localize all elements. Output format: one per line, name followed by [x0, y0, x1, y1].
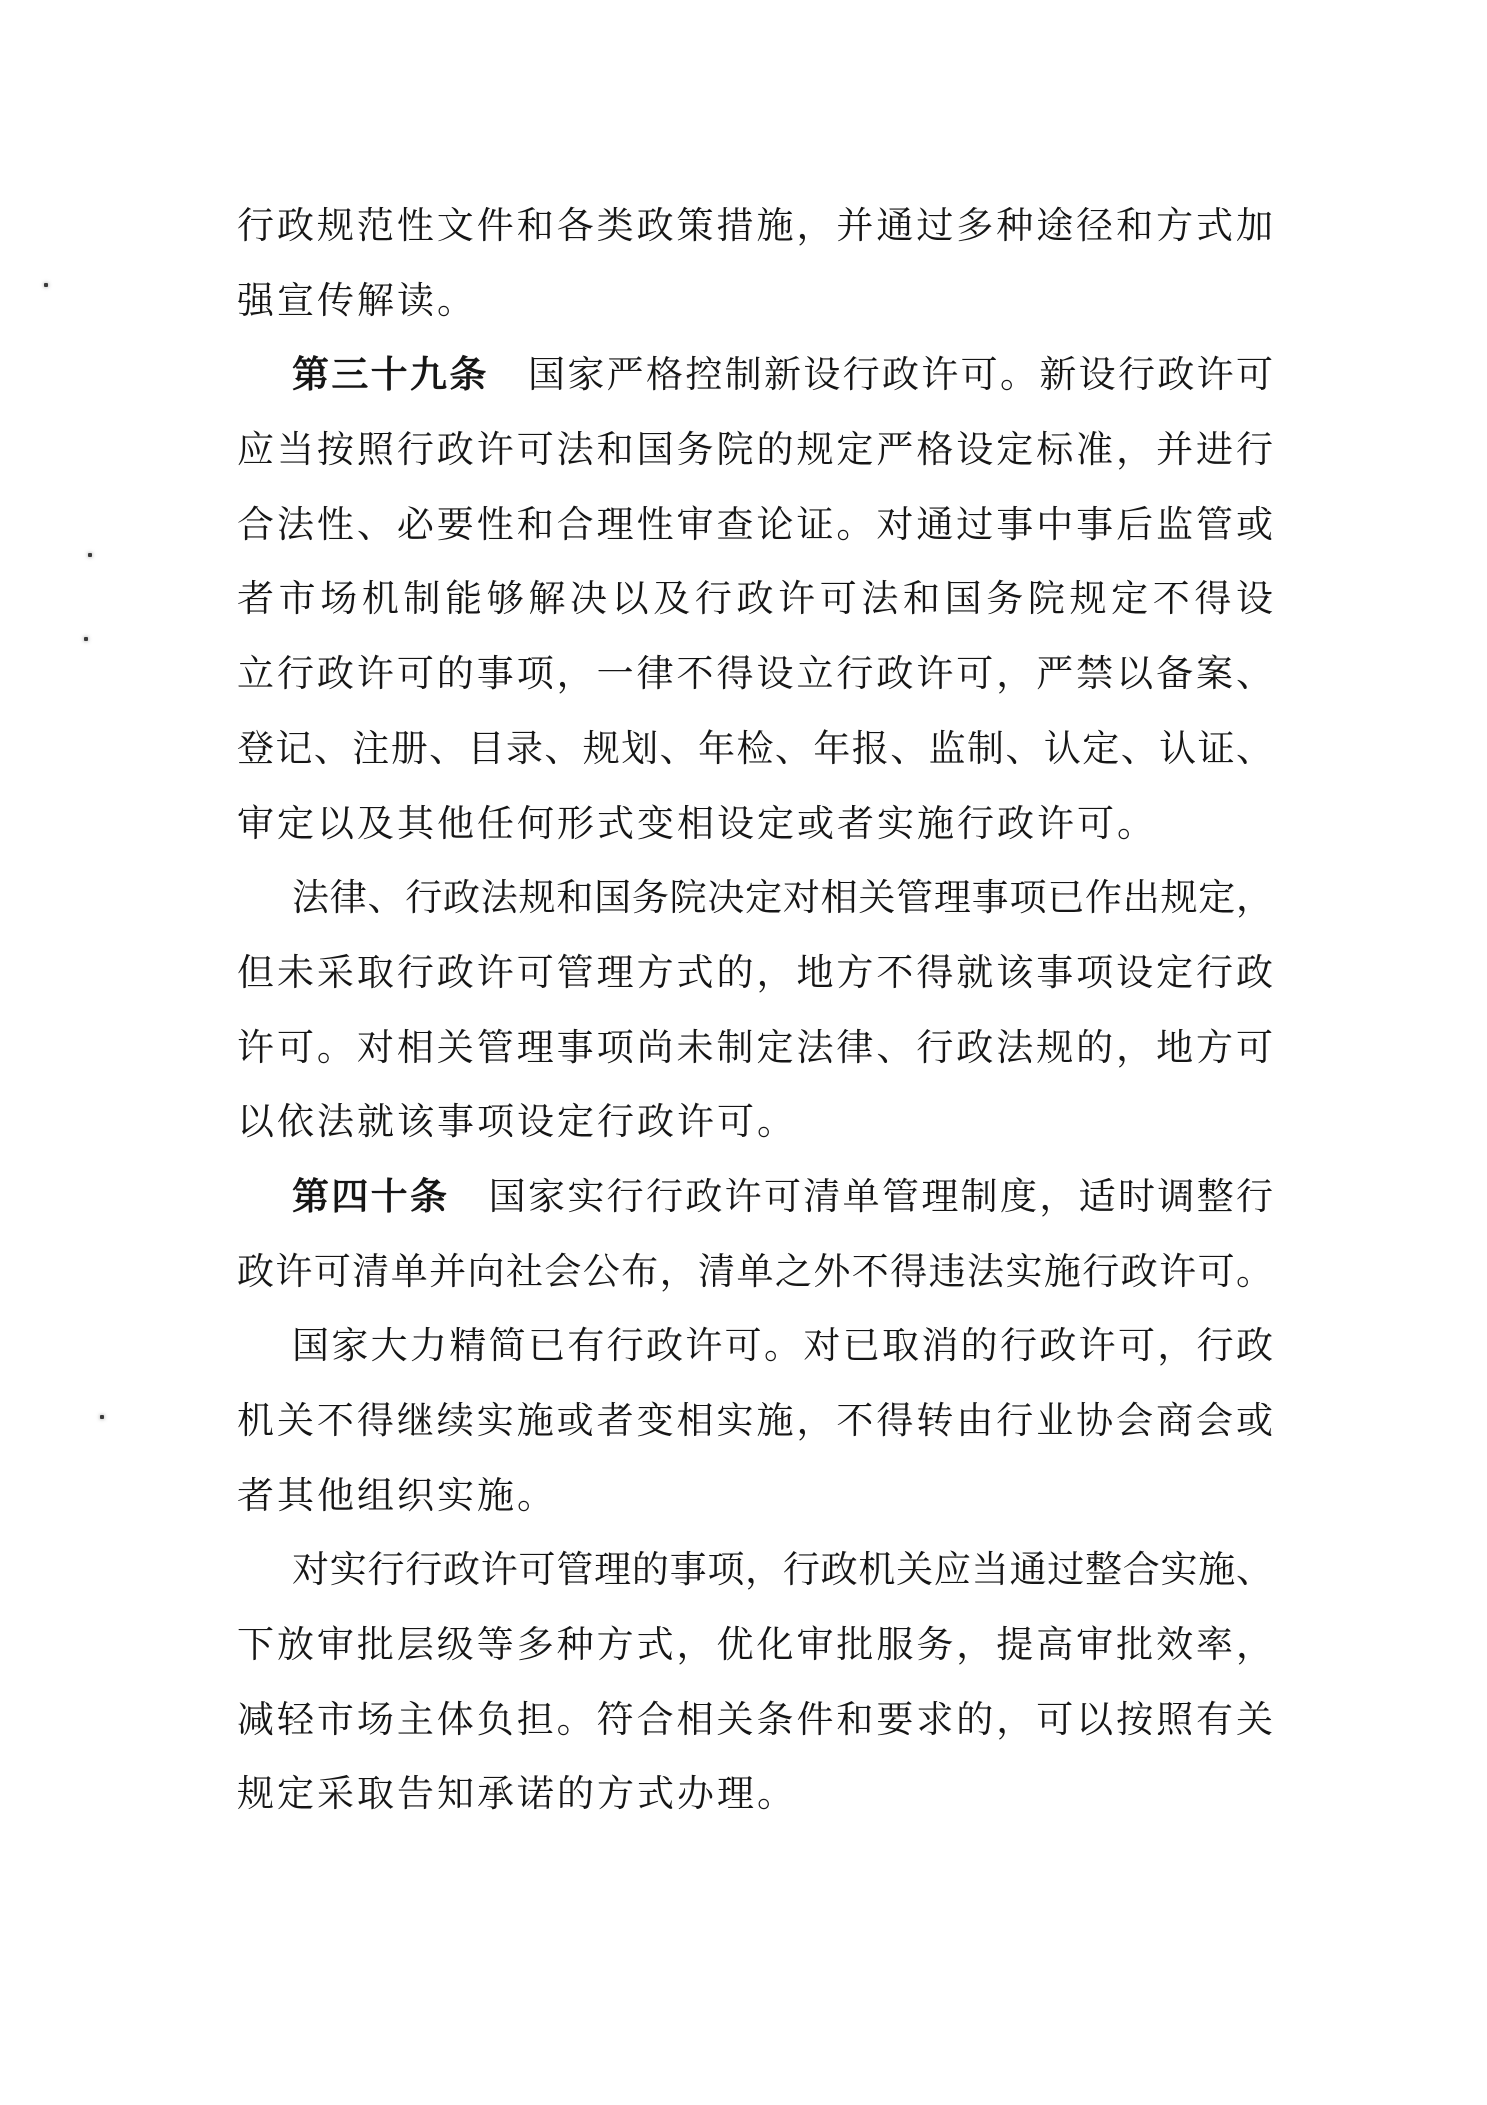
text-line: 许可。对相关管理事项尚未制定法律、行政法规的，地方可 [237, 1012, 1273, 1087]
text-line: 但未采取行政许可管理方式的，地方不得就该事项设定行政 [237, 937, 1273, 1012]
article-number: 第三十九条 [292, 355, 489, 396]
text-line: 应当按照行政许可法和国务院的规定严格设定标准，并进行 [237, 414, 1273, 489]
text-line: 者其他组织实施。 [237, 1460, 1273, 1535]
scan-speck [100, 1415, 104, 1419]
text-line: 对实行行政许可管理的事项，行政机关应当通过整合实施、 [237, 1534, 1273, 1609]
text-line: 行政规范性文件和各类政策措施，并通过多种途径和方式加 [237, 190, 1273, 265]
text-line: 立行政许可的事项，一律不得设立行政许可，严禁以备案、 [237, 638, 1273, 713]
document-text-block: 行政规范性文件和各类政策措施，并通过多种途径和方式加 强宣传解读。 第三十九条 … [237, 190, 1273, 1833]
text-line: 强宣传解读。 [237, 265, 1273, 340]
text-line: 登记、注册、目录、规划、年检、年报、监制、认定、认证、 [237, 713, 1273, 788]
article-number: 第四十条 [292, 1177, 449, 1218]
text-line: 者市场机制能够解决以及行政许可法和国务院规定不得设 [237, 563, 1273, 638]
text-line-article-40: 第四十条 国家实行行政许可清单管理制度，适时调整行 [237, 1161, 1273, 1236]
scan-speck [44, 283, 48, 287]
text-line: 法律、行政法规和国务院决定对相关管理事项已作出规定， [237, 862, 1273, 937]
text-line: 以依法就该事项设定行政许可。 [237, 1086, 1273, 1161]
text-line: 规定采取告知承诺的方式办理。 [237, 1758, 1273, 1833]
scan-speck [88, 553, 92, 557]
document-page: 行政规范性文件和各类政策措施，并通过多种途径和方式加 强宣传解读。 第三十九条 … [0, 0, 1487, 2105]
text-line: 下放审批层级等多种方式，优化审批服务，提高审批效率， [237, 1609, 1273, 1684]
scan-speck [84, 637, 88, 641]
text-line: 减轻市场主体负担。符合相关条件和要求的，可以按照有关 [237, 1684, 1273, 1759]
text-line: 审定以及其他任何形式变相设定或者实施行政许可。 [237, 788, 1273, 863]
article-text: 国家严格控制新设行政许可。新设行政许可 [489, 355, 1273, 396]
text-line: 政许可清单并向社会公布，清单之外不得违法实施行政许可。 [237, 1236, 1273, 1311]
text-line: 国家大力精简已有行政许可。对已取消的行政许可，行政 [237, 1310, 1273, 1385]
text-line: 机关不得继续实施或者变相实施，不得转由行业协会商会或 [237, 1385, 1273, 1460]
text-line-article-39: 第三十九条 国家严格控制新设行政许可。新设行政许可 [237, 339, 1273, 414]
text-line: 合法性、必要性和合理性审查论证。对通过事中事后监管或 [237, 489, 1273, 564]
article-text: 国家实行行政许可清单管理制度，适时调整行 [449, 1177, 1273, 1218]
